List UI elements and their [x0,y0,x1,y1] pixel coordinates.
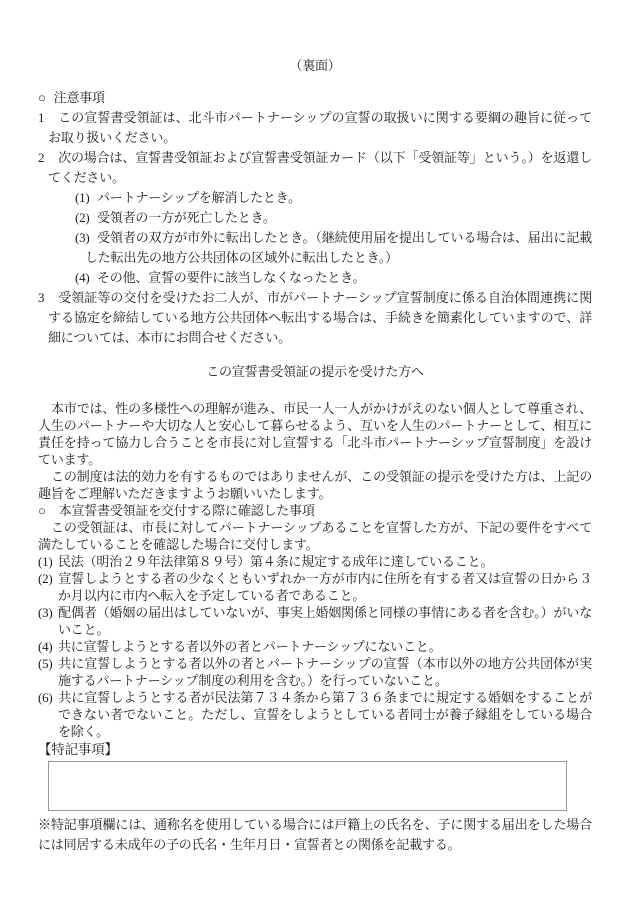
subitem-text: 受領者の一方が死亡したとき。 [97,210,276,225]
requirement-number: (2) [38,570,58,587]
requirement-number: (1) [38,553,58,570]
requirement-text: 共に宣誓しようとする者以外の者とパートナーシップの宣誓（本市以外の地方公共団体が… [58,656,592,688]
confirmed-section-heading: ○本宣誓書受領証を交付する際に確認した事項 [38,502,592,519]
notice-section-heading: ○注意事項 [38,88,592,108]
requirement-3: (3)配偶者（婚姻の届出はしていないが、事実上婚姻関係と同様の事情にある者を含む… [38,604,592,638]
subitem-text: パートナーシップを解消したとき。 [97,190,301,205]
requirement-number: (4) [38,638,58,655]
subitem-number: (4) [75,268,97,288]
requirement-6: (6)共に宣誓しようとする者が民法第７３４条から第７３６条までに規定する婚姻をす… [38,689,592,740]
notice-item-2: 2次の場合は、宣誓書受領証および宣誓書受領証カード（以下「受領証等」という。）を… [38,148,592,188]
requirement-text: 共に宣誓しようとする者が民法第７３４条から第７３６条までに規定する婚姻をすること… [58,690,592,739]
document-page: （裏面） ○注意事項 1この宣誓書受領証は、北斗市パートナーシップの宣誓の取扱い… [0,0,630,903]
circle-bullet: ○ [38,502,46,519]
requirement-2: (2)宣誓しようとする者の少なくともいずれか一方が市内に住所を有する者又は宣誓の… [38,570,592,604]
notice-item-3: 3受領証等の交付を受けたお二人が、市がパートナーシップ宣誓制度に係る自治体間連携… [38,288,592,348]
notice-item-1: 1この宣誓書受領証は、北斗市パートナーシップの宣誓の取扱いに関する要綱の趣旨に従… [38,108,592,148]
subitem-text: その他、宣誓の要件に該当しなくなったとき。 [97,270,365,285]
special-notes-box [48,761,567,811]
item-number: 2 [38,148,58,168]
item-number: 1 [38,108,58,128]
item-number: 3 [38,288,58,308]
item-text: 次の場合は、宣誓書受領証および宣誓書受領証カード（以下「受領証等」という。）を返… [48,150,592,185]
subitem-number: (2) [75,208,97,228]
subitem-text: 受領者の双方が市外に転出したとき。（継続使用届を提出している場合は、届出に記載し… [85,230,592,265]
requirement-text: 民法（明治２９年法律第８９号）第４条に規定する成年に達していること。 [58,554,493,569]
confirmed-heading-text: 本宣誓書受領証を交付する際に確認した事項 [59,503,315,518]
circle-bullet: ○ [38,88,46,108]
requirement-number: (3) [38,604,58,621]
page-side-label: （裏面） [38,56,592,76]
confirmed-intro: この受領証は、市長に対してパートナーシップあることを宣誓した方が、下記の要件をす… [38,519,592,553]
requirement-5: (5)共に宣誓しようとする者以外の者とパートナーシップの宣誓（本市以外の地方公共… [38,655,592,689]
item-text: この宣誓書受領証は、北斗市パートナーシップの宣誓の取扱いに関する要綱の趣旨に従っ… [48,110,592,145]
special-notes-footnote: ※特記事項欄には、通称名を使用している場合には戸籍上の氏名を、子に関する届出をし… [38,815,592,854]
notice-heading-text: 注意事項 [54,90,105,105]
requirement-number: (6) [38,689,58,706]
presented-paragraph-1: 本市では、性の多様性への理解が進み、市民一人一人がかけがえのない個人として尊重さ… [38,400,592,468]
subitem-number: (3) [75,228,97,248]
requirement-text: 宣誓しようとする者の少なくともいずれか一方が市内に住所を有する者又は宣誓の日から… [58,571,592,603]
subitem-number: (1) [75,188,97,208]
requirement-4: (4)共に宣誓しようとする者以外の者とパートナーシップにないこと。 [38,638,592,655]
notice-subitem-4: (4)その他、宣誓の要件に該当しなくなったとき。 [38,268,592,288]
presented-section-heading: この宣誓書受領証の提示を受けた方へ [38,363,592,380]
requirement-text: 共に宣誓しようとする者以外の者とパートナーシップにないこと。 [58,639,441,654]
item-text: 受領証等の交付を受けたお二人が、市がパートナーシップ宣誓制度に係る自治体間連携に… [48,290,592,345]
notice-subitem-1: (1)パートナーシップを解消したとき。 [38,188,592,208]
requirement-number: (5) [38,655,58,672]
notice-subitem-3: (3)受領者の双方が市外に転出したとき。（継続使用届を提出している場合は、届出に… [38,228,592,268]
notice-subitem-2: (2)受領者の一方が死亡したとき。 [38,208,592,228]
presented-paragraph-2: この制度は法的効力を有するものではありませんが、この受領証の提示を受けた方は、上… [38,468,592,502]
requirement-1: (1)民法（明治２９年法律第８９号）第４条に規定する成年に達していること。 [38,553,592,570]
requirement-text: 配偶者（婚姻の届出はしていないが、事実上婚姻関係と同様の事情にある者を含む。）が… [58,605,592,637]
special-notes-label: 【特記事項】 [38,740,592,759]
